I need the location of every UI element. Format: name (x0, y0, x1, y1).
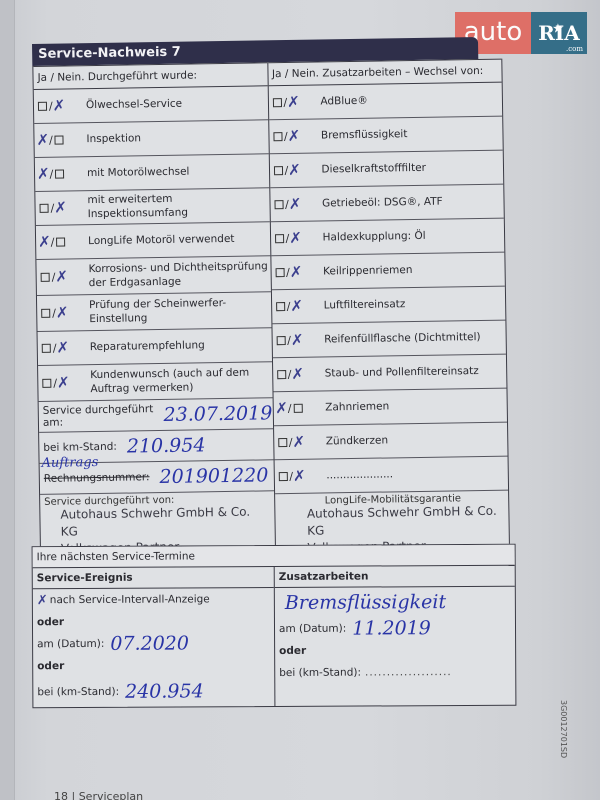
watermark-ria: ★ RIA .com (531, 12, 587, 54)
service-record-form: Service-Nachweis 7 Ja / Nein. Durchgefüh… (32, 37, 511, 605)
checkbox-icon (40, 204, 49, 213)
checklist-row: /✗Reparaturempfehlung (38, 328, 272, 366)
checklist-label: Ölwechsel-Service (82, 98, 182, 113)
checklist-label: Staub- und Pollenfiltereinsatz (321, 365, 479, 381)
checklist-label: Luftfiltereinsatz (320, 298, 406, 312)
yes-no-checkbox[interactable]: /✗ (272, 299, 320, 315)
checklist-row: /✗Bremsflüssigkeit (269, 117, 503, 155)
check-x-icon: ✗ (54, 200, 67, 215)
checkbox-icon (275, 268, 284, 277)
check-x-icon: ✗ (55, 269, 68, 284)
yes-no-checkbox[interactable]: /✗ (35, 200, 83, 216)
order-number-row: Auftrags Rechnungsnummer: 201901220 (40, 460, 274, 495)
yes-no-checkbox[interactable]: ✗/ (35, 166, 83, 182)
checklist-row: ✗/LongLife Motoröl verwendet (36, 222, 270, 260)
checklist-row: /✗Dieselkraftstofffilter (269, 151, 503, 189)
next-service-title: Ihre nächsten Service-Termine (33, 545, 515, 569)
performed-column: Ja / Nein. Durchgeführt wurde: /✗Ölwechs… (33, 62, 275, 604)
checkbox-icon (38, 102, 47, 111)
checklist-label: Reifenfüllflasche (Dichtmittel) (320, 331, 481, 347)
yes-no-checkbox[interactable]: /✗ (34, 98, 82, 114)
checklist-label: Zahnriemen (321, 400, 389, 414)
yes-no-checkbox[interactable]: ✗/ (36, 234, 84, 250)
checklist-row: /✗Haldexkupplung: Öl (270, 219, 504, 257)
yes-no-checkbox[interactable]: /✗ (270, 231, 318, 247)
checklist-label: Reparaturempfehlung (86, 339, 205, 354)
document-code: 3G0012701SD (559, 700, 568, 758)
checkbox-icon (41, 273, 50, 282)
interval-option[interactable]: ✗ nach Service-Intervall-Anzeige (37, 588, 270, 611)
check-x-icon: ✗ (57, 375, 70, 390)
checklist-row: /✗Ölwechsel-Service (34, 86, 268, 124)
checkbox-icon (42, 344, 51, 353)
check-x-icon: ✗ (291, 367, 304, 382)
check-x-icon: ✗ (288, 129, 301, 144)
checklist-row: ✗/Zahnriemen (273, 389, 507, 427)
page-edge (0, 0, 15, 800)
check-x-icon: ✗ (36, 133, 49, 148)
right-column-header: Ja / Nein. Zusatzarbeiten – Wechsel von: (268, 59, 502, 87)
next-date-value[interactable]: 07.2020 (110, 632, 189, 654)
checklist-label: Prüfung der Scheinwerfer-Einstellung (85, 297, 271, 326)
check-x-icon: ✗ (292, 435, 305, 450)
performed-list: /✗Ölwechsel-Service✗/Inspektion✗/mit Mot… (34, 86, 272, 402)
service-date-value[interactable]: 23.07.2019 (163, 402, 272, 426)
check-x-icon: ✗ (293, 469, 306, 484)
checkbox-icon (278, 472, 287, 481)
check-x-icon: ✗ (289, 197, 302, 212)
checkbox-icon (275, 234, 284, 243)
order-number-value[interactable]: 201901220 (159, 464, 268, 488)
check-x-icon: ✗ (56, 305, 69, 320)
check-x-icon: ✗ (291, 333, 304, 348)
checklist-label: Zündkerzen (322, 434, 388, 448)
next-service-section: Ihre nächsten Service-Termine Service-Er… (32, 544, 517, 709)
checklist-label: Inspektion (82, 132, 141, 146)
checkbox-icon (273, 166, 282, 175)
next-km-value[interactable]: 240.954 (125, 680, 204, 702)
checklist-label: mit erweitertem Inspektionsumfang (83, 192, 269, 221)
extra-work-value[interactable]: Bremsflüssigkeit (285, 591, 446, 614)
yes-no-checkbox[interactable]: /✗ (270, 197, 318, 213)
checklist-row: /✗Reifenfüllflasche (Dichtmittel) (272, 321, 506, 359)
checkbox-icon (56, 238, 65, 247)
checkbox-icon (278, 438, 287, 447)
checklist-row: /✗mit erweitertem Inspektionsumfang (35, 188, 269, 226)
checklist-row: /✗Prüfung der Scheinwerfer-Einstellung (37, 292, 271, 332)
check-x-icon: ✗ (53, 98, 66, 113)
yes-no-checkbox[interactable]: /✗ (273, 367, 321, 383)
left-column-header: Ja / Nein. Durchgeführt wurde: (33, 62, 267, 90)
check-x-icon: ✗ (275, 401, 288, 416)
checklist-label: Dieselkraftstofffilter (317, 162, 426, 177)
checklist-row: ✗/mit Motorölwechsel (35, 154, 269, 192)
checklist-label: .................... (322, 468, 393, 482)
checkbox-icon (55, 136, 64, 145)
check-x-icon: ✗ (38, 235, 51, 250)
service-date-row: Service durchgeführt am: 23.07.2019 (39, 398, 273, 433)
additional-work-list: /✗AdBlue®/✗Bremsflüssigkeit/✗Dieselkraft… (268, 83, 508, 495)
yes-no-checkbox[interactable]: /✗ (37, 305, 85, 321)
check-x-icon: ✗ (37, 167, 50, 182)
yes-no-checkbox[interactable]: /✗ (274, 434, 322, 450)
checklist-row: /✗Luftfiltereinsatz (271, 287, 505, 325)
extra-work-column: Zusatzarbeiten Bremsflüssigkeit am (Datu… (274, 566, 516, 706)
checkbox-icon (277, 370, 286, 379)
checklist-row: /✗Zündkerzen (274, 423, 508, 461)
yes-no-checkbox[interactable]: /✗ (274, 468, 322, 484)
checklist-label: LongLife Motoröl verwendet (84, 233, 235, 248)
checklist-label: mit Motorölwechsel (83, 165, 190, 180)
checklist-label: Korrosions- und Dichtheitsprüfung der Er… (84, 261, 270, 290)
yes-no-checkbox[interactable]: /✗ (38, 375, 86, 391)
check-x-icon: ✗ (288, 163, 301, 178)
yes-no-checkbox[interactable]: /✗ (269, 163, 317, 179)
km-value[interactable]: 210.954 (127, 434, 206, 457)
extra-date-value[interactable]: 11.2019 (352, 617, 431, 639)
checklist-label: Getriebeöl: DSG®, ATF (318, 196, 443, 211)
checkbox-icon (276, 302, 285, 311)
check-x-icon: ✗ (289, 231, 302, 246)
checklist-label: Kundenwunsch (auch auf dem Auftrag verme… (86, 367, 272, 396)
checklist-row: /✗Kundenwunsch (auch auf dem Auftrag ver… (38, 362, 272, 402)
checkbox-icon (273, 132, 282, 141)
checklist-row: /✗Staub- und Pollenfiltereinsatz (272, 355, 506, 393)
check-x-icon: ✗ (56, 340, 69, 355)
checklist-label: Keilrippenriemen (319, 264, 413, 279)
checklist-row: /✗AdBlue® (268, 83, 502, 121)
page-footer: 18 | Serviceplan (54, 790, 143, 800)
yes-no-checkbox[interactable]: /✗ (38, 340, 86, 356)
yes-no-checkbox[interactable]: ✗/ (273, 401, 321, 417)
checkbox-icon (41, 309, 50, 318)
order-label-handwritten: Auftrags (41, 455, 98, 471)
checklist-row: /✗Korrosions- und Dichtheitsprüfung der … (36, 256, 270, 296)
checkbox-icon (276, 336, 285, 345)
service-event-column: Service-Ereignis ✗ nach Service-Interval… (33, 567, 275, 707)
checklist-row: ✗/Inspektion (34, 120, 268, 158)
check-x-icon: ✗ (37, 594, 48, 607)
checkbox-icon (42, 379, 51, 388)
checklist-label: Bremsflüssigkeit (317, 128, 408, 143)
checkbox-icon (55, 170, 64, 179)
checklist-label: AdBlue® (316, 95, 368, 109)
yes-no-checkbox[interactable]: /✗ (268, 95, 316, 111)
star-icon: ★ (553, 8, 563, 50)
checklist-row: /✗.................... (274, 457, 508, 495)
service-grid: Ja / Nein. Durchgeführt wurde: /✗Ölwechs… (32, 59, 510, 605)
yes-no-checkbox[interactable]: /✗ (37, 269, 85, 285)
check-x-icon: ✗ (290, 299, 303, 314)
checklist-row: /✗Getriebeöl: DSG®, ATF (270, 185, 504, 223)
yes-no-checkbox[interactable]: /✗ (271, 265, 319, 281)
checklist-label: Haldexkupplung: Öl (318, 230, 425, 245)
checkbox-icon (274, 200, 283, 209)
yes-no-checkbox[interactable]: /✗ (269, 129, 317, 145)
checkbox-icon (272, 98, 281, 107)
checklist-row: /✗Keilrippenriemen (271, 253, 505, 291)
check-x-icon: ✗ (287, 95, 300, 110)
yes-no-checkbox[interactable]: ✗/ (34, 132, 82, 148)
yes-no-checkbox[interactable]: /✗ (272, 333, 320, 349)
check-x-icon: ✗ (290, 265, 303, 280)
checkbox-icon (293, 404, 302, 413)
additional-work-column: Ja / Nein. Zusatzarbeiten – Wechsel von:… (267, 59, 510, 601)
